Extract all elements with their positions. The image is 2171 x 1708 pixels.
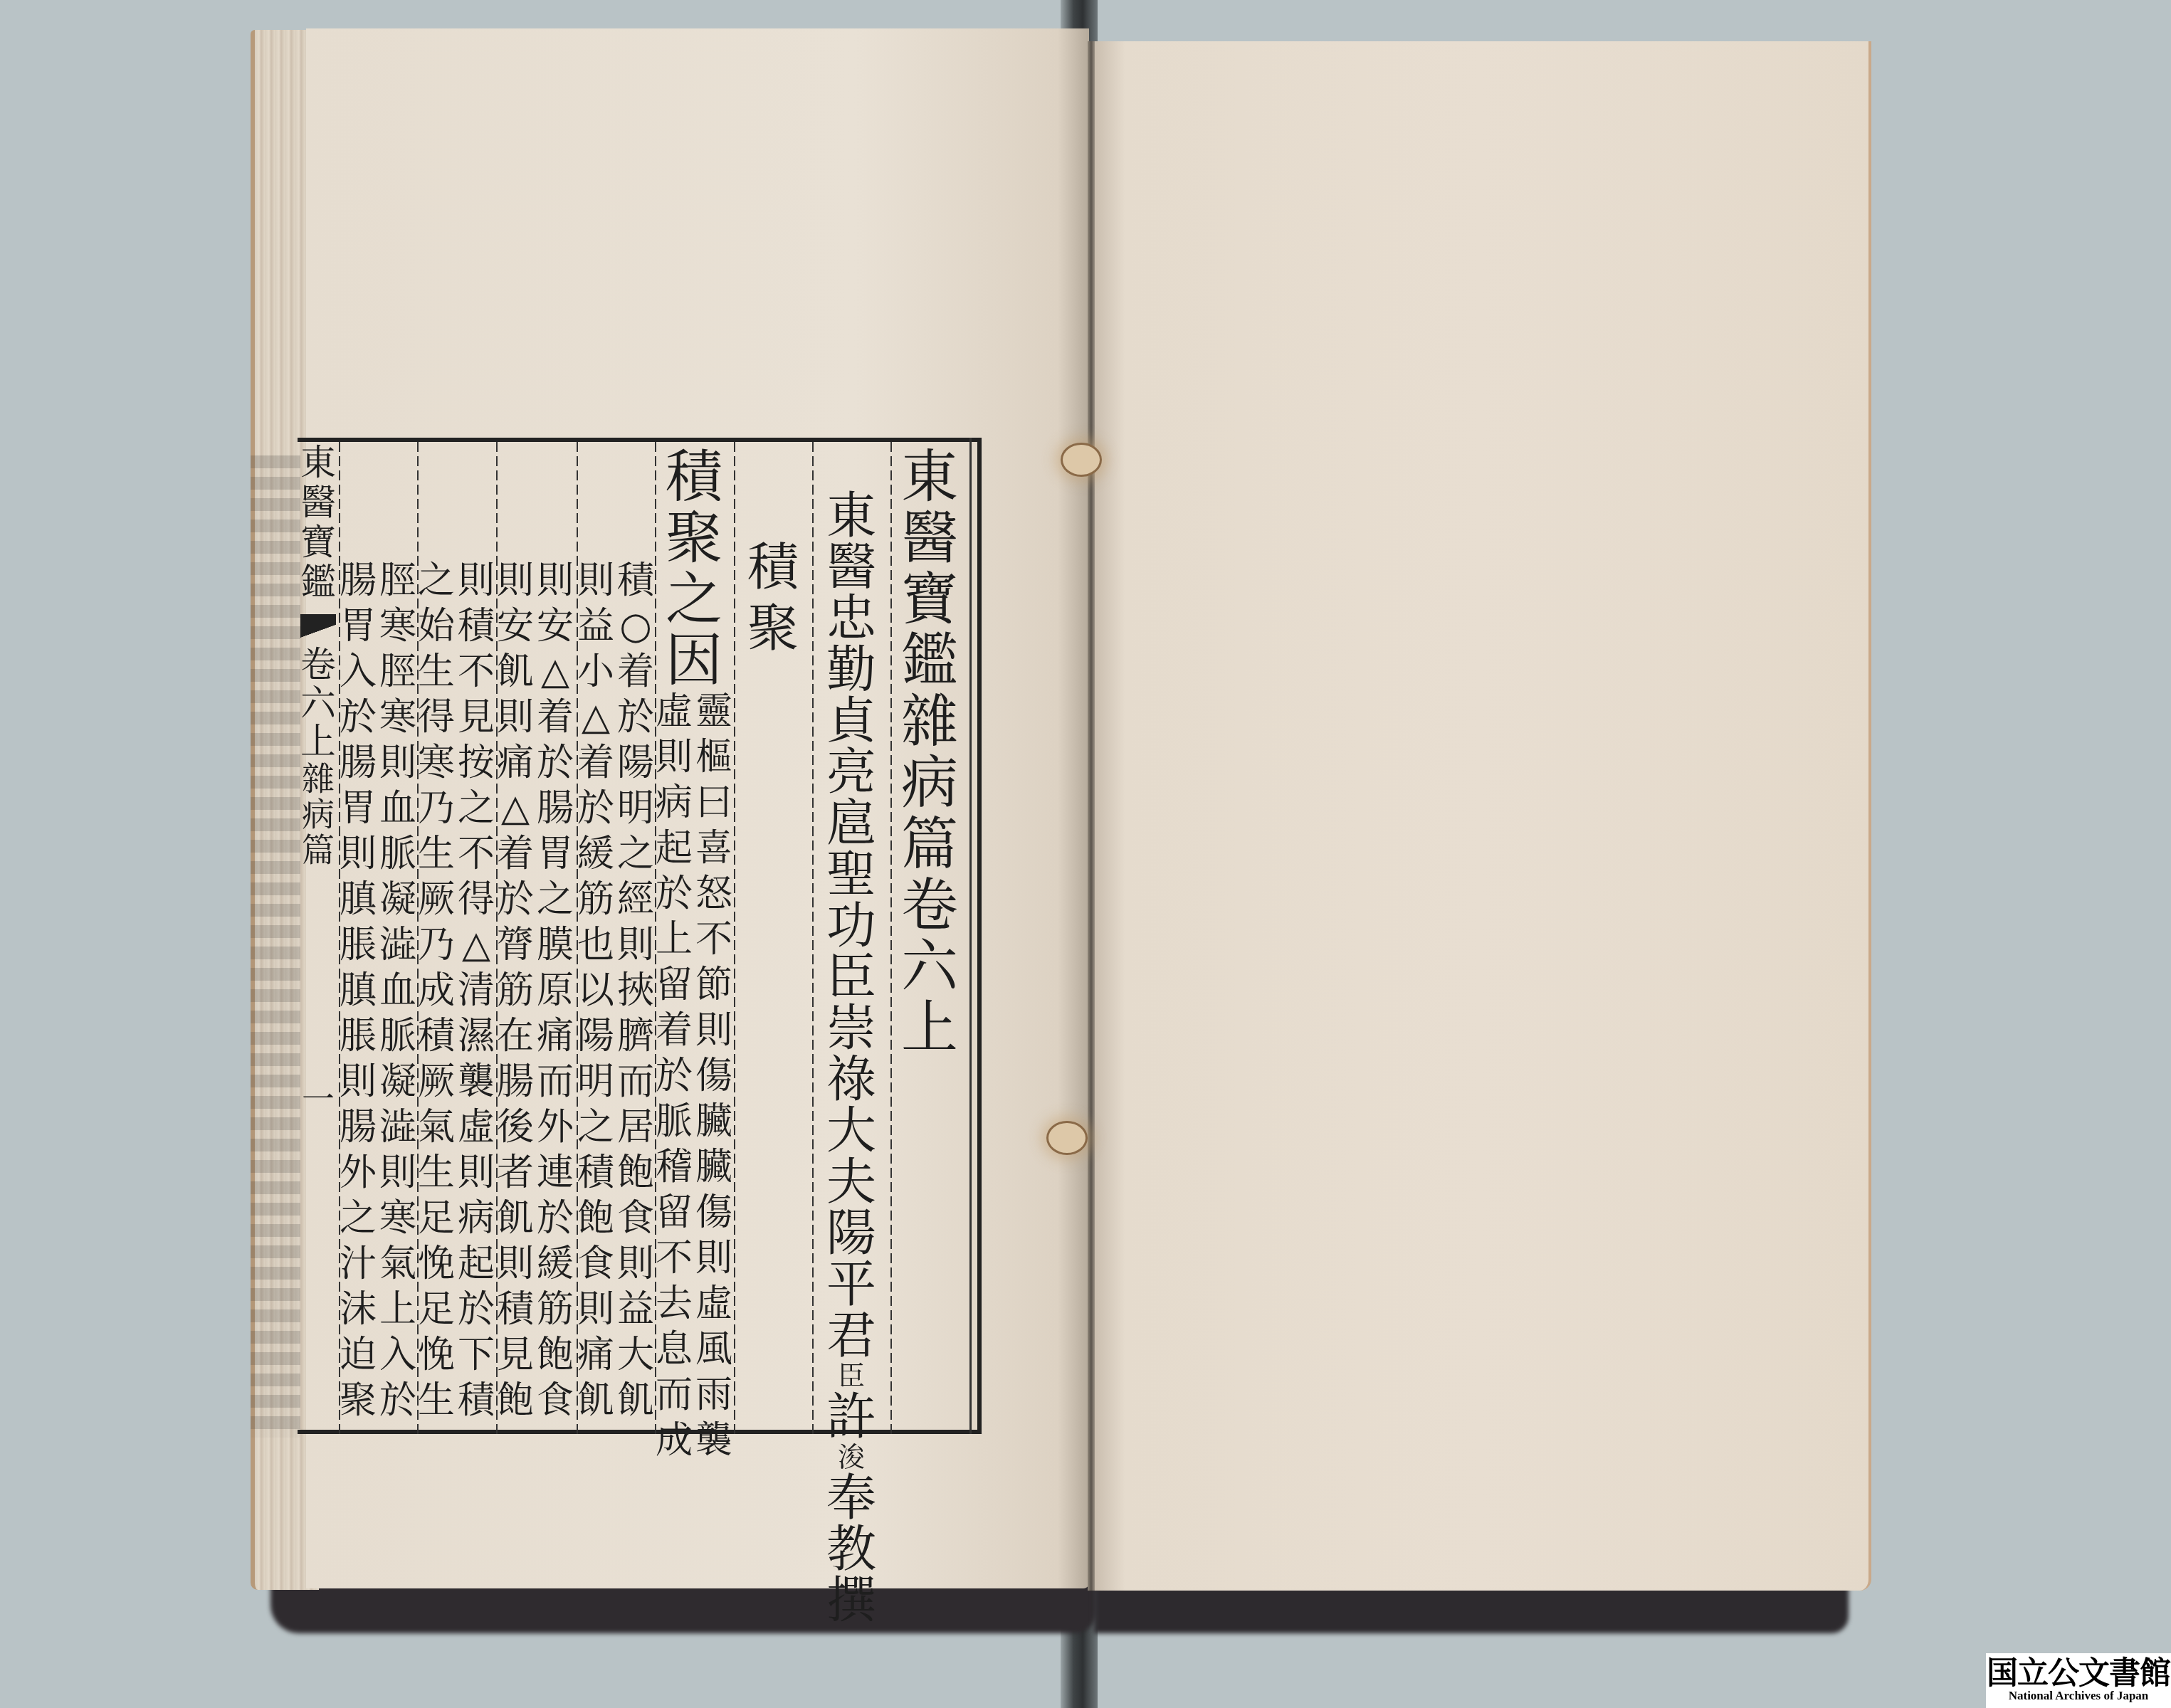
glyph: 脹 xyxy=(340,1018,377,1055)
logo-japanese-text: 国立公文書館 xyxy=(1987,1658,2170,1689)
glyph: 寶 xyxy=(901,571,958,628)
glyph: 䐜 xyxy=(340,881,377,918)
glyph: 去 xyxy=(656,1285,693,1322)
glyph: 筋 xyxy=(537,1291,574,1328)
glyph: 挾 xyxy=(617,972,654,1009)
glyph: 外 xyxy=(340,1154,377,1191)
glyph: 大 xyxy=(826,1106,876,1156)
glyph: 東 xyxy=(901,448,958,505)
glyph: 飽 xyxy=(497,1382,534,1419)
glyph: 脹 xyxy=(340,927,377,964)
spine-column: 東醫寶鑑 卷六上 雜病篇 一 xyxy=(298,445,339,1427)
glyph: 明 xyxy=(577,1063,614,1100)
glyph: 生 xyxy=(418,1382,455,1419)
glyph: △ xyxy=(462,927,490,964)
glyph: 於 xyxy=(537,1200,574,1237)
glyph: 大 xyxy=(617,1337,654,1374)
glyph: 則 xyxy=(656,739,693,776)
glyph: 留 xyxy=(656,1194,693,1231)
glyph: 始 xyxy=(418,608,455,645)
glyph: 食 xyxy=(617,1200,654,1237)
glyph: 醫 xyxy=(826,542,876,592)
glyph: 濕 xyxy=(458,1018,495,1055)
glyph: 脈 xyxy=(656,1103,693,1140)
glyph: 着 xyxy=(537,699,574,736)
glyph: 則 xyxy=(695,1012,732,1049)
glyph: 撰 xyxy=(826,1576,876,1625)
glyph: 經 xyxy=(617,881,654,918)
glyph: 沫 xyxy=(340,1291,377,1328)
glyph: 氣 xyxy=(418,1109,455,1146)
glyph: 傷 xyxy=(695,1194,732,1231)
glyph: 益 xyxy=(577,608,614,645)
stacked-page-bleed xyxy=(251,455,300,1438)
glyph: 襲 xyxy=(458,1063,495,1100)
glyph: 醫 xyxy=(901,510,958,566)
glyph: 飢 xyxy=(497,653,534,690)
dual-line-annotation: 則積不見按之不得△清濕襲虛則病起於下積之始生得寒乃生厥乃成積厥氣生足悗足悗生 xyxy=(418,562,495,1428)
glyph: 之 xyxy=(666,571,722,628)
glyph: 腸 xyxy=(497,1063,534,1100)
glyph: 澁 xyxy=(379,1109,416,1146)
body-column: 脛寒脛寒則血脈凝澁血脈凝澁則寒氣上入於腸胃入於腸胃則䐜脹䐜脹則腸外之汁沫迫聚 xyxy=(339,562,417,1544)
glyph: 䐜 xyxy=(340,972,377,1009)
glyph: 平 xyxy=(826,1260,876,1309)
glyph: 崇 xyxy=(826,1003,876,1053)
glyph: 上 xyxy=(300,724,336,759)
glyph: 則 xyxy=(458,562,495,599)
glyph: 筋 xyxy=(577,881,614,918)
frame-inner-line xyxy=(969,438,972,1434)
glyph: 脛 xyxy=(379,653,416,690)
glyph: 乃 xyxy=(418,790,455,827)
glyph: 飽 xyxy=(577,1200,614,1237)
glyph: 貞 xyxy=(826,696,876,746)
glyph: 不 xyxy=(695,921,732,958)
glyph: 起 xyxy=(656,830,693,867)
glyph: 得 xyxy=(458,881,495,918)
glyph: △ xyxy=(501,790,530,827)
glyph: 積 xyxy=(497,1291,534,1328)
glyph: 聚 xyxy=(340,1382,377,1419)
glyph: 安 xyxy=(537,608,574,645)
glyph: 曰 xyxy=(695,784,732,821)
glyph: 於 xyxy=(497,881,534,918)
glyph: 積 xyxy=(458,608,495,645)
glyph: 陽 xyxy=(617,744,654,781)
glyph: 凝 xyxy=(379,1063,416,1100)
glyph: 足 xyxy=(418,1200,455,1237)
glyph: 則 xyxy=(379,1154,416,1191)
glyph: 則 xyxy=(537,562,574,599)
glyph: 筋 xyxy=(497,972,534,1009)
dual-line-left: 則安飢則痛△着於膂筋在腸後者飢則積見飽 xyxy=(497,562,534,1428)
dual-line-annotation: 則安△着於腸胃之膜原痛而外連於緩筋飽食則安飢則痛△着於膂筋在腸後者飢則積見飽 xyxy=(497,562,574,1428)
glyph: 醫 xyxy=(300,485,336,520)
glyph: 病 xyxy=(302,798,335,831)
glyph: 腸 xyxy=(340,744,377,781)
glyph: 寒 xyxy=(418,744,455,781)
glyph: 而 xyxy=(537,1063,574,1100)
glyph: 腸 xyxy=(537,790,574,827)
glyph: 勤 xyxy=(826,645,876,695)
binding-hole-lower xyxy=(1046,1121,1088,1155)
glyph: 則 xyxy=(497,562,534,599)
glyph: 胃 xyxy=(340,790,377,827)
dual-line-annotation: 脛寒脛寒則血脈凝澁血脈凝澁則寒氣上入於腸胃入於腸胃則䐜脹䐜脹則腸外之汁沫迫聚 xyxy=(340,562,416,1428)
glyph: 起 xyxy=(458,1245,495,1282)
glyph: 居 xyxy=(617,1109,654,1146)
subheading-column: 積聚之因靈樞曰喜怒不節則傷臟臟傷則虛風雨襲虛則病起於上留着於脈稽留不去息而成 xyxy=(655,448,733,1430)
glyph: 着 xyxy=(656,1012,693,1049)
glyph: 厥 xyxy=(418,1063,455,1100)
author-column: 東醫忠勤貞亮扈聖功臣崇祿大夫陽平君臣許浚奉教撰 xyxy=(812,491,890,1473)
dual-line-right: 積○着於陽明之經則挾臍而居飽食則益大飢 xyxy=(617,562,654,1428)
glyph: 乃 xyxy=(418,927,455,964)
glyph: 東 xyxy=(300,445,336,480)
glyph: 臍 xyxy=(617,1018,654,1055)
glyph: 緩 xyxy=(577,835,614,873)
glyph: 之 xyxy=(418,562,455,599)
glyph: 安 xyxy=(497,608,534,645)
glyph: 生 xyxy=(418,653,455,690)
glyph: 則 xyxy=(577,562,614,599)
glyph: 節 xyxy=(695,966,732,1003)
glyph: 於 xyxy=(617,699,654,736)
glyph: 後 xyxy=(497,1109,534,1146)
fishtail-mark-icon xyxy=(300,614,336,641)
glyph: 靈 xyxy=(695,693,732,730)
glyph: 入 xyxy=(379,1337,416,1374)
glyph: 則 xyxy=(617,1245,654,1282)
glyph: 怒 xyxy=(695,875,732,912)
glyph: 臟 xyxy=(695,1149,732,1186)
glyph: 鑑 xyxy=(901,632,958,689)
glyph: 着 xyxy=(497,835,534,873)
glyph: 寒 xyxy=(379,699,416,736)
glyph: 則 xyxy=(340,835,377,873)
glyph: 血 xyxy=(379,972,416,1009)
glyph: 飢 xyxy=(497,1200,534,1237)
glyph: 陽 xyxy=(826,1208,876,1258)
glyph: 樞 xyxy=(695,739,732,776)
glyph: 留 xyxy=(656,966,693,1003)
archive-watermark-logo: 国立公文書館 National Archives of Japan xyxy=(1986,1653,2171,1708)
glyph: 忠 xyxy=(826,594,876,643)
glyph: 也 xyxy=(577,927,614,964)
glyph: 而 xyxy=(656,1376,693,1413)
glyph: 稽 xyxy=(656,1149,693,1186)
glyph: 食 xyxy=(577,1245,614,1282)
glyph: 傷 xyxy=(695,1058,732,1095)
glyph: 悗 xyxy=(418,1245,455,1282)
glyph: 教 xyxy=(826,1524,876,1574)
glyph: 氣 xyxy=(379,1245,416,1282)
glyph: 浚 xyxy=(838,1443,865,1470)
glyph: 積 xyxy=(666,448,722,505)
dual-line-left: 則益小△着於緩筋也以陽明之積飽食則痛飢 xyxy=(577,562,614,1428)
glyph: 凝 xyxy=(379,881,416,918)
glyph: 寒 xyxy=(379,1200,416,1237)
title-column: 東醫寶鑑雜病篇卷六上 xyxy=(890,448,969,1430)
glyph: 積 xyxy=(458,1382,495,1419)
glyph: 痛 xyxy=(577,1337,614,1374)
glyph: 上 xyxy=(901,999,958,1056)
glyph: 亮 xyxy=(826,747,876,797)
glyph: 外 xyxy=(537,1109,574,1146)
glyph: 雨 xyxy=(695,1376,732,1413)
section-heading-column: 積聚 xyxy=(734,541,812,1523)
glyph: 奉 xyxy=(826,1473,876,1523)
glyph: 脛 xyxy=(379,562,416,599)
glyph: ○ xyxy=(619,608,651,645)
glyph: 則 xyxy=(458,1154,495,1191)
glyph: 病 xyxy=(901,754,958,811)
glyph: 厥 xyxy=(418,881,455,918)
glyph: 脈 xyxy=(379,1018,416,1055)
glyph: 上 xyxy=(656,921,693,958)
glyph: 篇 xyxy=(302,833,335,866)
glyph: 君 xyxy=(826,1311,876,1361)
spine-volume: 卷六上 xyxy=(300,647,336,762)
glyph: 許 xyxy=(826,1392,876,1442)
glyph: 則 xyxy=(695,1240,732,1277)
glyph: 者 xyxy=(497,1154,534,1191)
glyph: 聚 xyxy=(666,510,722,566)
glyph: 足 xyxy=(418,1291,455,1328)
glyph: 陽 xyxy=(577,1018,614,1055)
glyph: 臣 xyxy=(826,952,876,1002)
glyph: 於 xyxy=(577,790,614,827)
glyph: 息 xyxy=(656,1331,693,1368)
glyph: 篇 xyxy=(901,816,958,873)
binding-hole-upper xyxy=(1061,443,1102,477)
right-page-blank xyxy=(1094,41,1871,1591)
glyph: 則 xyxy=(379,744,416,781)
glyph: 六 xyxy=(901,938,958,995)
glyph: 夫 xyxy=(826,1157,876,1207)
glyph: 食 xyxy=(537,1382,574,1419)
dual-line-left: 之始生得寒乃生厥乃成積厥氣生足悗足悗生 xyxy=(418,562,455,1428)
glyph: 膜 xyxy=(537,927,574,964)
glyph: 喜 xyxy=(695,830,732,867)
glyph: 祿 xyxy=(826,1055,876,1105)
glyph: 成 xyxy=(656,1422,693,1459)
glyph: 上 xyxy=(379,1291,416,1328)
glyph: 風 xyxy=(695,1331,732,1368)
dual-line-right: 則安△着於腸胃之膜原痛而外連於緩筋飽食 xyxy=(537,562,574,1428)
glyph: 連 xyxy=(537,1154,574,1191)
glyph: 虛 xyxy=(656,693,693,730)
dual-line-right: 脛寒脛寒則血脈凝澁血脈凝澁則寒氣上入於 xyxy=(379,562,416,1428)
glyph: 之 xyxy=(537,881,574,918)
glyph: 脈 xyxy=(379,835,416,873)
glyph: 見 xyxy=(458,699,495,736)
glyph: 腸 xyxy=(340,1109,377,1146)
glyph: 在 xyxy=(497,1018,534,1055)
glyph: 按 xyxy=(458,744,495,781)
glyph: 臟 xyxy=(695,1103,732,1140)
page-number: 一 xyxy=(302,1082,335,1115)
glyph: 飽 xyxy=(537,1337,574,1374)
glyph: 扈 xyxy=(826,798,876,848)
glyph: 明 xyxy=(617,790,654,827)
glyph: 入 xyxy=(340,653,377,690)
glyph: 飢 xyxy=(577,1382,614,1419)
glyph: 聚 xyxy=(747,602,799,653)
glyph: 小 xyxy=(577,653,614,690)
glyph: 緩 xyxy=(537,1245,574,1282)
glyph: 六 xyxy=(300,685,336,721)
glyph: 病 xyxy=(458,1200,495,1237)
glyph: 成 xyxy=(418,972,455,1009)
glyph: 不 xyxy=(656,1240,693,1277)
glyph: 之 xyxy=(577,1109,614,1146)
glyph: 則 xyxy=(340,1063,377,1100)
dual-line-annotation: 靈樞曰喜怒不節則傷臟臟傷則虛風雨襲虛則病起於上留着於脈稽留不去息而成 xyxy=(656,693,732,1467)
glyph: 因 xyxy=(666,632,722,689)
glyph: 胃 xyxy=(537,835,574,873)
glyph: 臣 xyxy=(838,1362,865,1389)
glyph: △ xyxy=(582,699,610,736)
glyph: 飽 xyxy=(617,1154,654,1191)
glyph: 於 xyxy=(537,744,574,781)
glyph: 於 xyxy=(656,1058,693,1095)
glyph: 卷 xyxy=(300,647,336,682)
glyph: 功 xyxy=(826,901,876,951)
glyph: 汁 xyxy=(340,1245,377,1282)
glyph: 卷 xyxy=(901,877,958,934)
glyph: 積 xyxy=(747,541,799,592)
glyph: 生 xyxy=(418,835,455,873)
glyph: 則 xyxy=(617,927,654,964)
glyph: 血 xyxy=(379,790,416,827)
glyph: 病 xyxy=(656,784,693,821)
body-column: 則安△着於腸胃之膜原痛而外連於緩筋飽食則安飢則痛△着於膂筋在腸後者飢則積見飽 xyxy=(496,562,574,1544)
dual-line-right: 靈樞曰喜怒不節則傷臟臟傷則虛風雨襲 xyxy=(695,693,732,1467)
glyph: 下 xyxy=(458,1337,495,1374)
dual-line-annotation: 積○着於陽明之經則挾臍而居飽食則益大飢則益小△着於緩筋也以陽明之積飽食則痛飢 xyxy=(577,562,654,1428)
body-column: 積○着於陽明之經則挾臍而居飽食則益大飢則益小△着於緩筋也以陽明之積飽食則痛飢 xyxy=(577,562,655,1544)
glyph: 東 xyxy=(826,491,876,541)
glyph: 膂 xyxy=(497,927,534,964)
glyph: 見 xyxy=(497,1337,534,1374)
dual-line-left: 虛則病起於上留着於脈稽留不去息而成 xyxy=(656,693,693,1467)
glyph: 着 xyxy=(577,744,614,781)
glyph: 於 xyxy=(340,699,377,736)
dual-line-right: 則積不見按之不得△清濕襲虛則病起於下積 xyxy=(458,562,495,1428)
glyph: 虛 xyxy=(695,1285,732,1322)
glyph: 以 xyxy=(577,972,614,1009)
glyph: 迫 xyxy=(340,1337,377,1374)
dual-line-left: 腸胃入於腸胃則䐜脹䐜脹則腸外之汁沫迫聚 xyxy=(340,562,377,1428)
glyph: 寶 xyxy=(300,524,336,560)
glyph: 腸 xyxy=(340,562,377,599)
glyph: 痛 xyxy=(497,744,534,781)
glyph: 積 xyxy=(577,1154,614,1191)
glyph: 鑑 xyxy=(300,564,336,600)
glyph: 益 xyxy=(617,1291,654,1328)
glyph: 而 xyxy=(617,1063,654,1100)
glyph: 於 xyxy=(379,1382,416,1419)
glyph: 澁 xyxy=(379,927,416,964)
spine-title: 東醫寶鑑 xyxy=(300,445,336,604)
glyph: 得 xyxy=(418,699,455,736)
glyph: 則 xyxy=(497,699,534,736)
glyph: 聖 xyxy=(826,850,876,900)
gutter-fold xyxy=(1088,41,1095,1591)
glyph: 寒 xyxy=(379,608,416,645)
glyph: 則 xyxy=(497,1245,534,1282)
glyph: 襲 xyxy=(695,1422,732,1459)
logo-english-text: National Archives of Japan xyxy=(2009,1689,2149,1703)
glyph: 於 xyxy=(656,875,693,912)
glyph: 積 xyxy=(617,562,654,599)
glyph: 痛 xyxy=(537,1018,574,1055)
body-column: 則積不見按之不得△清濕襲虛則病起於下積之始生得寒乃生厥乃成積厥氣生足悗足悗生 xyxy=(417,562,495,1544)
spine-section: 雜病篇 xyxy=(302,762,335,869)
glyph: 飢 xyxy=(617,1382,654,1419)
glyph: 悗 xyxy=(418,1337,455,1374)
glyph: △ xyxy=(541,653,569,690)
glyph: 於 xyxy=(458,1291,495,1328)
glyph: 着 xyxy=(617,653,654,690)
glyph: 之 xyxy=(340,1200,377,1237)
glyph: 不 xyxy=(458,653,495,690)
glyph: 不 xyxy=(458,835,495,873)
glyph: 則 xyxy=(577,1291,614,1328)
glyph: 原 xyxy=(537,972,574,1009)
glyph: 積 xyxy=(418,1018,455,1055)
glyph: 之 xyxy=(458,790,495,827)
glyph: 雜 xyxy=(302,762,335,795)
glyph: 清 xyxy=(458,972,495,1009)
glyph: 虛 xyxy=(458,1109,495,1146)
glyph: 生 xyxy=(418,1154,455,1191)
glyph: 之 xyxy=(617,835,654,873)
glyph: 胃 xyxy=(340,608,377,645)
glyph: 雜 xyxy=(901,693,958,750)
